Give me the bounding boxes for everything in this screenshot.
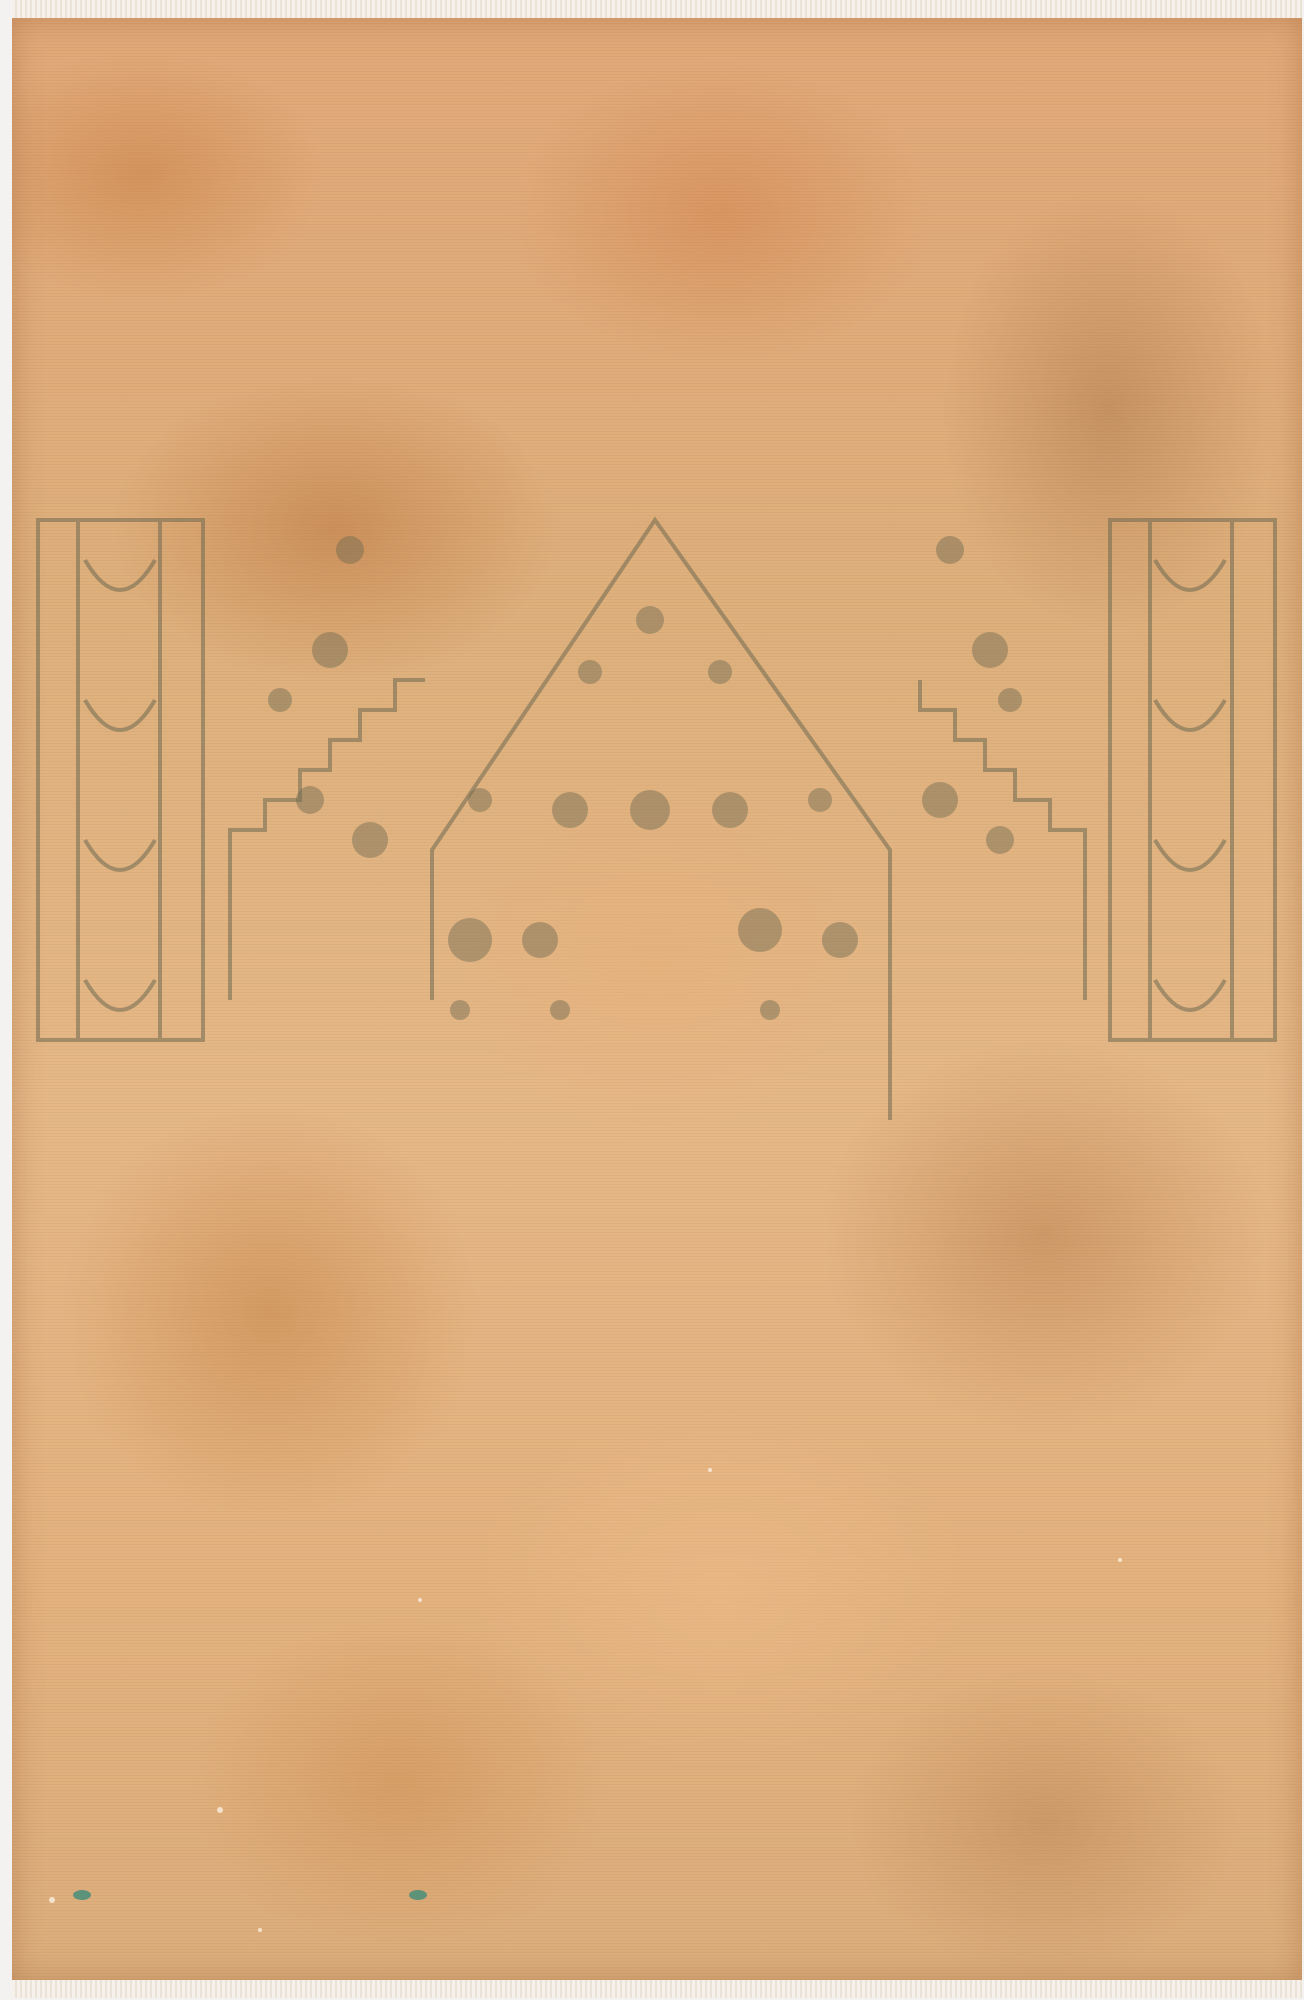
right-border-outline <box>1110 520 1275 1040</box>
rug-motifs <box>0 0 1304 2000</box>
teal-spots <box>73 1890 427 1900</box>
left-border-outline <box>38 520 203 1040</box>
